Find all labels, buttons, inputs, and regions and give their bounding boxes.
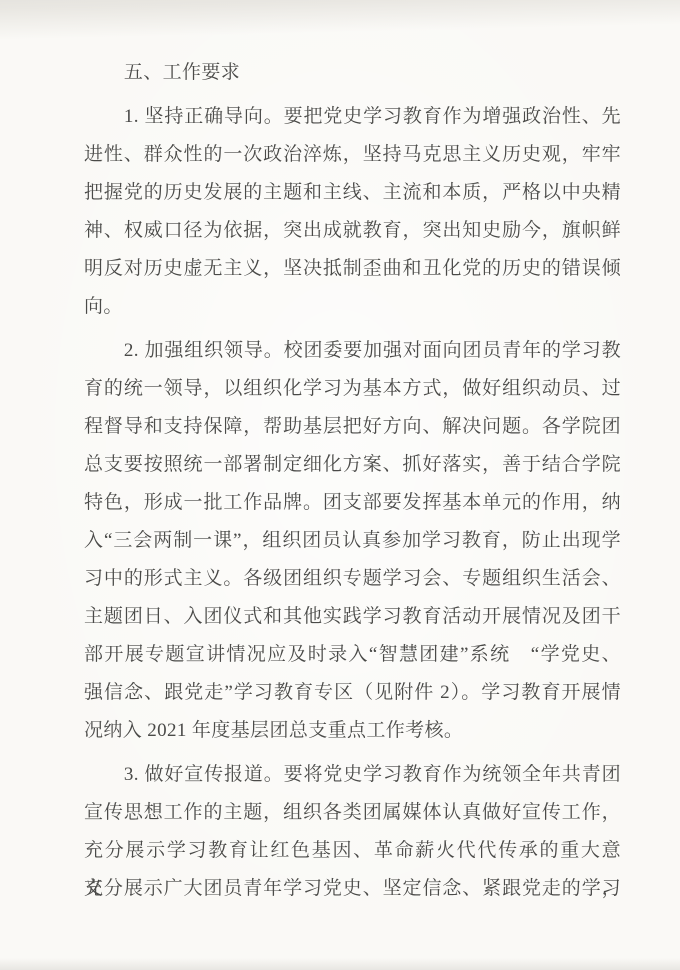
paragraph-1-line-4: 神、权威口径为依据，突出成就教育，突出知史励今，旗帜鲜 [84,212,621,250]
paragraph-3-line-1: 3. 做好宣传报道。要将党史学习教育作为统领全年共青团 [84,756,621,794]
paragraph-1-line-5: 明反对历史虚无主义，坚决抵制歪曲和丑化党的历史的错误倾 [84,250,621,288]
paragraph-3-line-3: 充分展示学习教育让红色基因、革命薪火代代传承的重大意义， [84,832,621,870]
paragraph-1-line-2: 进性、群众性的一次政治淬炼，坚持马克思主义历史观，牢牢 [84,136,621,174]
scanned-document-page: 五、工作要求1. 坚持正确导向。要把党史学习教育作为增强政治性、先进性、群众性的… [0,0,680,970]
scan-top-edge-shadow [0,0,680,41]
paragraph-3-line-2: 宣传思想工作的主题，组织各类团属媒体认真做好宣传工作， [84,794,621,832]
section-heading: 五、工作要求 [84,54,621,92]
document-body: 五、工作要求1. 坚持正确导向。要把党史学习教育作为增强政治性、先进性、群众性的… [84,54,621,908]
paragraph-2-line-11: 况纳入 2021 年度基层团总支重点工作考核。 [84,712,621,750]
paragraph-2-line-10: 强信念、跟党走”学习教育专区（见附件 2）。学习教育开展情 [84,674,621,712]
scan-bottom-edge-shadow [0,958,680,970]
paragraph-3-line-4: 充分展示广大团员青年学习党史、坚定信念、紧跟党走的学习 [84,870,621,908]
paragraph-2-line-2: 育的统一领导，以组织化学习为基本方式，做好组织动员、过 [84,370,621,408]
paragraph-2-line-8: 主题团日、入团仪式和其他实践学习教育活动开展情况及团干 [84,598,621,636]
paragraph-1-line-1: 1. 坚持正确导向。要把党史学习教育作为增强政治性、先 [84,98,621,136]
paragraph-2-line-4: 总支要按照统一部署制定细化方案、抓好落实，善于结合学院 [84,446,621,484]
paragraph-2-line-7: 习中的形式主义。各级团组织专题学习会、专题组织生活会、 [84,560,621,598]
paragraph-2-line-3: 程督导和支持保障，帮助基层把好方向、解决问题。各学院团 [84,408,621,446]
paragraph-2-line-5: 特色，形成一批工作品牌。团支部要发挥基本单元的作用，纳 [84,484,621,522]
paragraph-1-line-3: 把握党的历史发展的主题和主线、主流和本质，严格以中央精 [84,174,621,212]
paragraph-2-line-1: 2. 加强组织领导。校团委要加强对面向团员青年的学习教 [84,332,621,370]
paragraph-1-line-6: 向。 [84,288,621,326]
paragraph-2-line-6: 入“三会两制一课”，组织团员认真参加学习教育，防止出现学 [84,522,621,560]
paragraph-2-line-9: 部开展专题宣讲情况应及时录入“智慧团建”系统 “学党史、 [84,636,621,674]
